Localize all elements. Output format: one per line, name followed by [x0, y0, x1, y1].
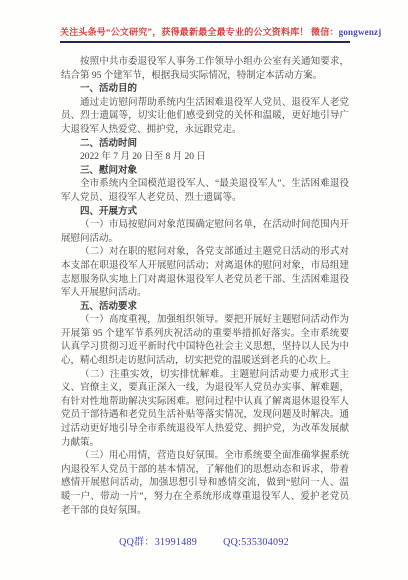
paragraph: （一）高度重视，加强组织领导。要把开展好主题慰问活动作为开展第 95 个建军节系… — [61, 314, 349, 368]
document-body: 按照中共市委退役军人事务工作领导小组办公室有关通知要求，结合第 95 个建军节，… — [61, 56, 349, 518]
paragraph: 2022 年 7 月 20 日至 8 月 20 日 — [61, 151, 349, 165]
paragraph: （二）注重实效，切实排忧解难。主题慰问活动要力戒形式主义、官僚主义，要真正深入一… — [61, 369, 349, 451]
section-heading: 五、活动要求 — [61, 301, 349, 315]
paragraph: （二）对在职的慰问对象，各党支部通过主题党日活动的形式对本支部在职退役军人开展慰… — [61, 246, 349, 300]
page-footer: QQ群：31991489QQ:535304092 — [0, 533, 408, 548]
qq-group-number: QQ群：31991489 — [119, 537, 197, 548]
promo-header-text: 关注头条号“公文研究”，获得最新最全最专业的公文资料库！ 微信： — [60, 27, 339, 37]
paragraph: 全市系统内全国模范退役军人、“最美退役军人”、生活困难退役军人党员、退役军人老党… — [61, 178, 349, 205]
section-heading: 二、活动时间 — [61, 138, 349, 152]
paragraph: 按照中共市委退役军人事务工作领导小组办公室有关通知要求，结合第 95 个建军节，… — [61, 56, 349, 83]
promo-header: 关注头条号“公文研究”，获得最新最全最专业的公文资料库！ 微信：gongwenz… — [60, 25, 350, 43]
paragraph: 通过走访慰问帮助系统内生活困难退役军人党员、退役军人老党员、烈士遗属等，切实让他… — [61, 97, 349, 138]
paragraph: （三）用心用情，营造良好氛围。全市系统要全面准确掌握系统内退役军人党员干部的基本… — [61, 450, 349, 518]
section-heading: 三、慰问对象 — [61, 165, 349, 179]
section-heading: 四、开展方式 — [61, 206, 349, 220]
wechat-id-text: gongwenzj — [339, 27, 382, 37]
paragraph: （一）市局按慰问对象范围确定慰问名单，在活动时间范围内开展慰问活动。 — [61, 219, 349, 246]
section-heading: 一、活动目的 — [61, 83, 349, 97]
document-page: 关注头条号“公文研究”，获得最新最全最专业的公文资料库！ 微信：gongwenz… — [0, 0, 408, 580]
qq-personal-number: QQ:535304092 — [223, 537, 289, 548]
